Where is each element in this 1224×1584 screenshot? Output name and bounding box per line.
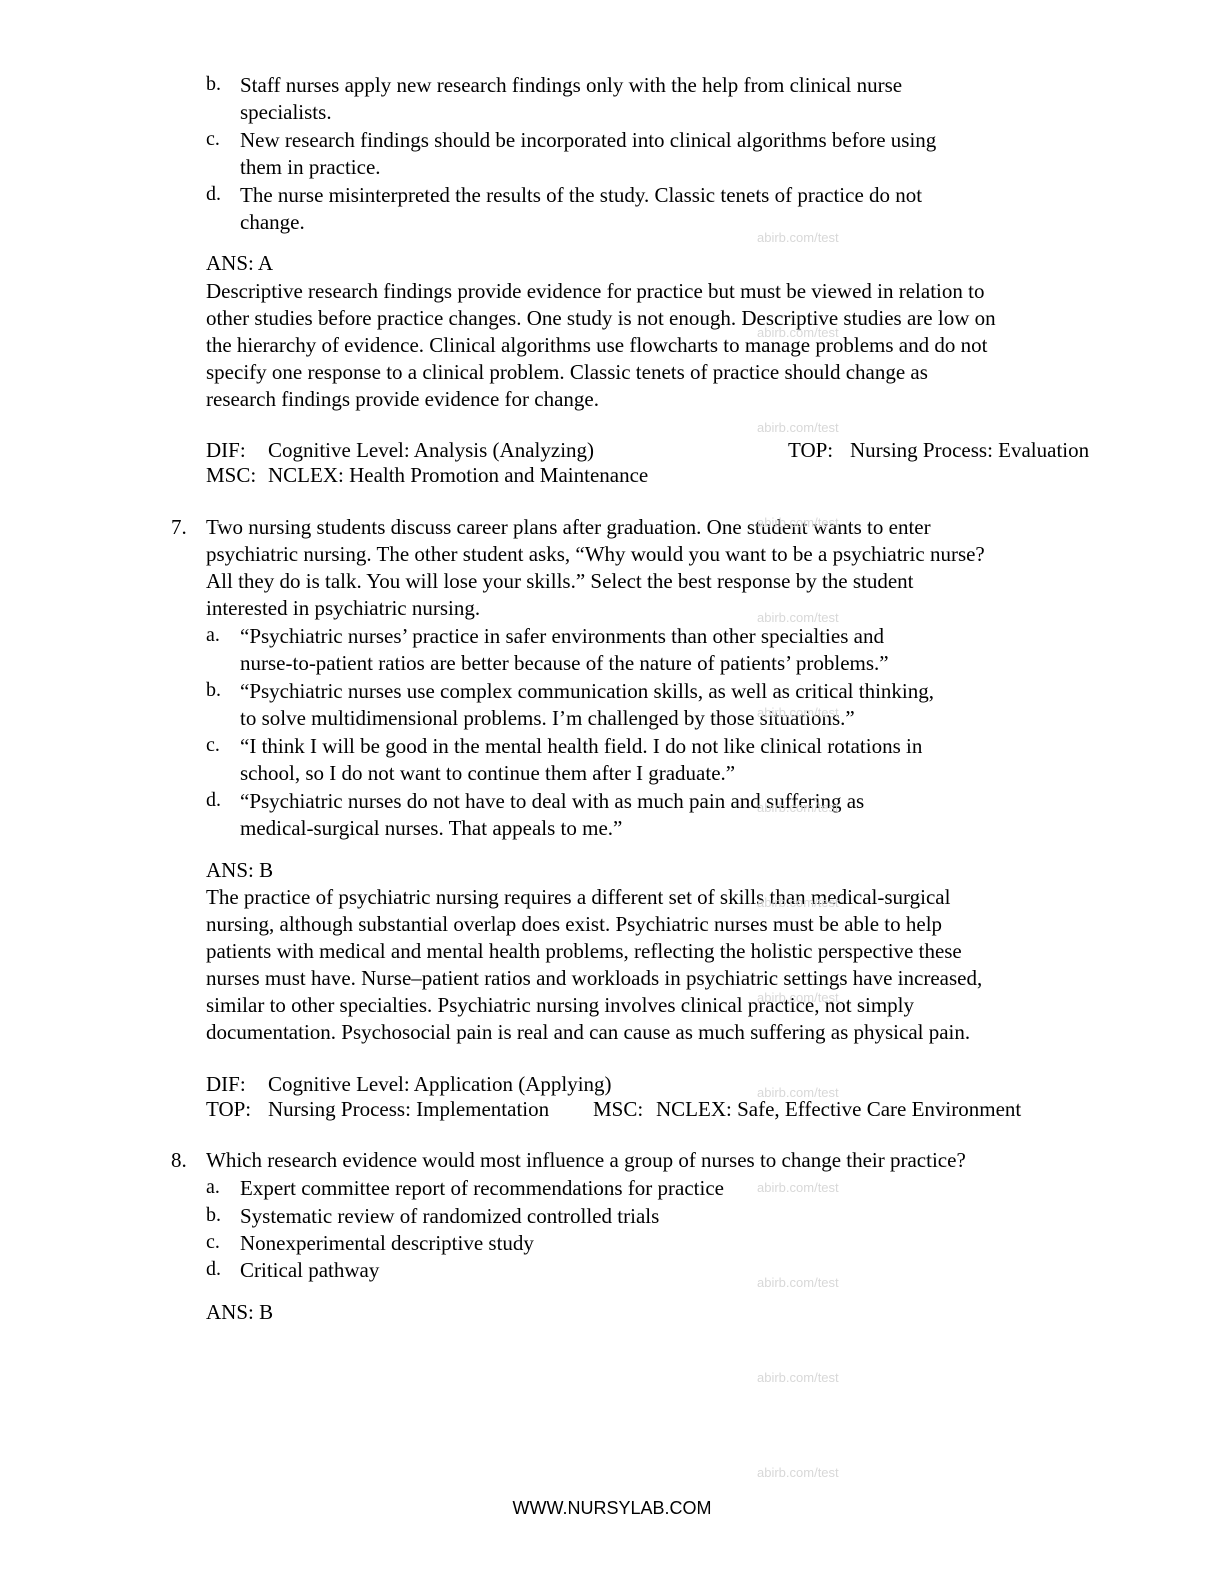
rationale-line: other studies before practice changes. O…	[206, 305, 996, 332]
watermark: abirb.com/test	[757, 515, 839, 530]
question-stem-line: All they do is talk. You will lose your …	[206, 568, 914, 595]
question-number: 7.	[171, 514, 187, 541]
option-letter: c.	[206, 732, 220, 759]
top-value: Nursing Process: Evaluation	[850, 437, 1089, 464]
watermark: abirb.com/test	[757, 1085, 839, 1100]
question-stem: Which research evidence would most influ…	[206, 1147, 966, 1174]
msc-value: NCLEX: Safe, Effective Care Environment	[656, 1096, 1021, 1123]
watermark: abirb.com/test	[757, 1370, 839, 1385]
option-text: New research findings should be incorpor…	[240, 127, 936, 154]
option-letter: d.	[206, 181, 221, 208]
answer-label: ANS: A	[206, 250, 273, 277]
rationale-line: nursing, although substantial overlap do…	[206, 911, 942, 938]
rationale-line: the hierarchy of evidence. Clinical algo…	[206, 332, 987, 359]
answer-label: ANS: B	[206, 857, 273, 884]
question-number: 8.	[171, 1147, 187, 1174]
watermark: abirb.com/test	[757, 895, 839, 910]
watermark: abirb.com/test	[757, 705, 839, 720]
option-letter: b.	[206, 677, 221, 704]
option-letter: a.	[206, 1174, 220, 1201]
dif-value: Cognitive Level: Application (Applying)	[268, 1071, 612, 1098]
option-letter: d.	[206, 1256, 221, 1283]
answer-label: ANS: B	[206, 1299, 273, 1326]
option-text: The nurse misinterpreted the results of …	[240, 182, 922, 209]
top-value: Nursing Process: Implementation	[268, 1096, 549, 1123]
rationale-line: documentation. Psychosocial pain is real…	[206, 1019, 970, 1046]
msc-label: MSC:	[206, 462, 256, 489]
rationale-line: specify one response to a clinical probl…	[206, 359, 928, 386]
dif-value: Cognitive Level: Analysis (Analyzing)	[268, 437, 594, 464]
option-letter: b.	[206, 71, 221, 98]
rationale-line: research findings provide evidence for c…	[206, 386, 599, 413]
msc-label: MSC:	[593, 1096, 643, 1123]
option-text: school, so I do not want to continue the…	[240, 760, 735, 787]
option-text: specialists.	[240, 99, 332, 126]
watermark: abirb.com/test	[757, 230, 839, 245]
watermark: abirb.com/test	[757, 800, 839, 815]
option-text: Systematic review of randomized controll…	[240, 1203, 659, 1230]
option-text: “Psychiatric nurses use complex communic…	[240, 678, 934, 705]
rationale-line: patients with medical and mental health …	[206, 938, 962, 965]
option-letter: b.	[206, 1202, 221, 1229]
option-text: Nonexperimental descriptive study	[240, 1230, 534, 1257]
top-label: TOP:	[206, 1096, 251, 1123]
watermark: abirb.com/test	[757, 420, 839, 435]
rationale-line: nurses must have. Nurse–patient ratios a…	[206, 965, 982, 992]
rationale-line: Descriptive research findings provide ev…	[206, 278, 984, 305]
watermark: abirb.com/test	[757, 1180, 839, 1195]
watermark: abirb.com/test	[757, 990, 839, 1005]
question-stem-line: interested in psychiatric nursing.	[206, 595, 480, 622]
option-text: medical-surgical nurses. That appeals to…	[240, 815, 622, 842]
top-label: TOP:	[788, 437, 833, 464]
option-letter: a.	[206, 622, 220, 649]
option-text: Critical pathway	[240, 1257, 379, 1284]
msc-value: NCLEX: Health Promotion and Maintenance	[268, 462, 648, 489]
option-text: nurse-to-patient ratios are better becau…	[240, 650, 889, 677]
option-text: Expert committee report of recommendatio…	[240, 1175, 724, 1202]
option-letter: c.	[206, 126, 220, 153]
option-text: Staff nurses apply new research findings…	[240, 72, 902, 99]
option-letter: c.	[206, 1229, 220, 1256]
option-text: them in practice.	[240, 154, 381, 181]
footer-site-url: WWW.NURSYLAB.COM	[0, 1498, 1224, 1519]
watermark: abirb.com/test	[757, 325, 839, 340]
dif-label: DIF:	[206, 1071, 246, 1098]
option-text: change.	[240, 209, 305, 236]
watermark: abirb.com/test	[757, 1275, 839, 1290]
watermark: abirb.com/test	[757, 610, 839, 625]
option-text: “Psychiatric nurses’ practice in safer e…	[240, 623, 884, 650]
dif-label: DIF:	[206, 437, 246, 464]
option-letter: d.	[206, 787, 221, 814]
watermark: abirb.com/test	[757, 1465, 839, 1480]
question-stem-line: psychiatric nursing. The other student a…	[206, 541, 985, 568]
option-text: “I think I will be good in the mental he…	[240, 733, 922, 760]
